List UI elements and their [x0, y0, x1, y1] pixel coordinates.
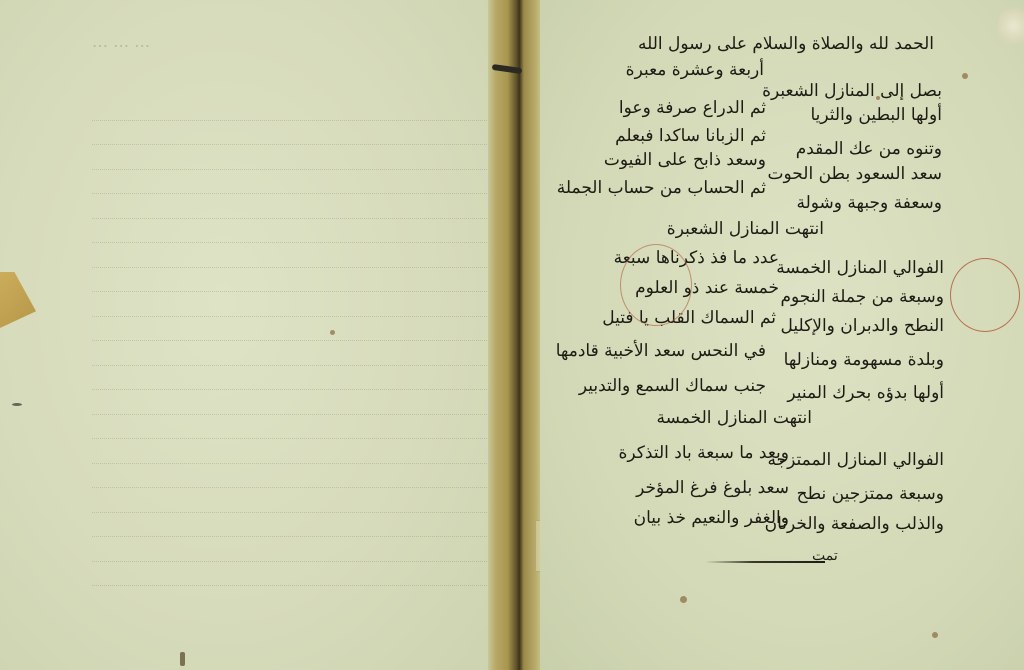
- verse-left: في النحس سعد الأخبية قادمها: [556, 343, 766, 360]
- verse-right: وتنوه من عك المقدم: [796, 141, 942, 158]
- verse-right: والذلب والصفعة والخرثان: [765, 516, 944, 533]
- bleed-through-line: [92, 268, 492, 293]
- bleed-through-line: [92, 96, 492, 121]
- section-heading: انتهت المنازل الشعبرة: [667, 221, 824, 238]
- verse-left: وسعد ذابح على الفيوت: [604, 152, 766, 169]
- bleed-through-line: [92, 145, 492, 170]
- verse-right: الفوالي المنازل الخمسة: [776, 260, 944, 277]
- verse-right: أولها البطين والثريا: [810, 107, 942, 124]
- page-corner: [998, 6, 1024, 46]
- foxing-spot: [932, 632, 938, 638]
- verse-right: وسبعة ممتزجين نطح: [797, 486, 944, 503]
- bleed-through-line: [92, 439, 492, 464]
- bleed-through-line: [92, 243, 492, 268]
- red-circle-mark: [620, 244, 692, 326]
- bleed-through-line: [92, 292, 492, 317]
- bleed-through-body: [92, 96, 492, 586]
- verse-right: وسبعة من جملة النجوم: [780, 289, 944, 306]
- verse-left: وبعد ما سبعة باد التذكرة: [619, 445, 789, 462]
- red-circle-mark: [950, 258, 1020, 332]
- left-page: … … …: [0, 0, 492, 670]
- verse-left: والغفر والنعيم خذ بيان: [634, 510, 789, 527]
- ink-spot: [12, 403, 22, 406]
- bleed-through-line: [92, 170, 492, 195]
- verse-right: بصل إلى المنازل الشعبرة: [762, 83, 942, 100]
- ink-spot: [330, 330, 335, 335]
- ink-spot: [180, 652, 185, 666]
- bleed-through-header: … … …: [92, 30, 492, 54]
- verse-left: ثم السماك القلب يا فتيل: [602, 310, 776, 327]
- verse-left: جنب سماك السمع والتدبير: [579, 378, 766, 395]
- bleed-through-line: [92, 488, 492, 513]
- colophon-mark: تمت: [812, 548, 838, 564]
- foxing-spot: [680, 596, 687, 603]
- verse-right: سعد السعود بطن الحوت: [768, 166, 942, 183]
- verse-right: الفوالي المنازل الممتزجة: [768, 452, 944, 469]
- bleed-through-line: [92, 317, 492, 342]
- verse-right: النطح والدبران والإكليل: [781, 318, 944, 335]
- bleed-through-line: [92, 366, 492, 391]
- bleed-through-line: [92, 464, 492, 489]
- bleed-through-line: [92, 219, 492, 244]
- section-heading: انتهت المنازل الخمسة: [656, 410, 812, 427]
- invocation-line: الحمد لله والصلاة والسلام على رسول الله: [638, 36, 934, 53]
- corner-stain: [0, 272, 36, 328]
- bleed-through-line: [92, 121, 492, 146]
- bleed-through-line: [92, 562, 492, 587]
- manuscript-spread: … … … الحمد لله والصلاة والسلام على رسول…: [0, 0, 1024, 670]
- verse-right: وبلدة مسهومة ومنازلها: [784, 352, 944, 369]
- verse-left: ثم الزبانا ساكدا فبعلم: [615, 128, 766, 145]
- verse-right: وسعفة وجبهة وشولة: [796, 195, 942, 212]
- foxing-spot: [876, 96, 880, 100]
- bleed-through-line: [92, 537, 492, 562]
- verse-left: سعد بلوغ فرغ المؤخر: [636, 480, 789, 497]
- bleed-through-line: [92, 341, 492, 366]
- bleed-through-line: [92, 194, 492, 219]
- verse-left: ثم الحساب من حساب الجملة: [557, 180, 766, 197]
- verse-left: ثم الدراع صرفة وعوا: [619, 100, 766, 117]
- bleed-through-line: [92, 415, 492, 440]
- bleed-through-line: [92, 513, 492, 538]
- foxing-spot: [962, 73, 968, 79]
- bleed-through-line: [92, 390, 492, 415]
- verse-right: أولها بدؤه بحرك المنير: [787, 385, 944, 402]
- end-flourish: [705, 561, 825, 563]
- verse-left: أربعة وعشرة معبرة: [626, 62, 764, 79]
